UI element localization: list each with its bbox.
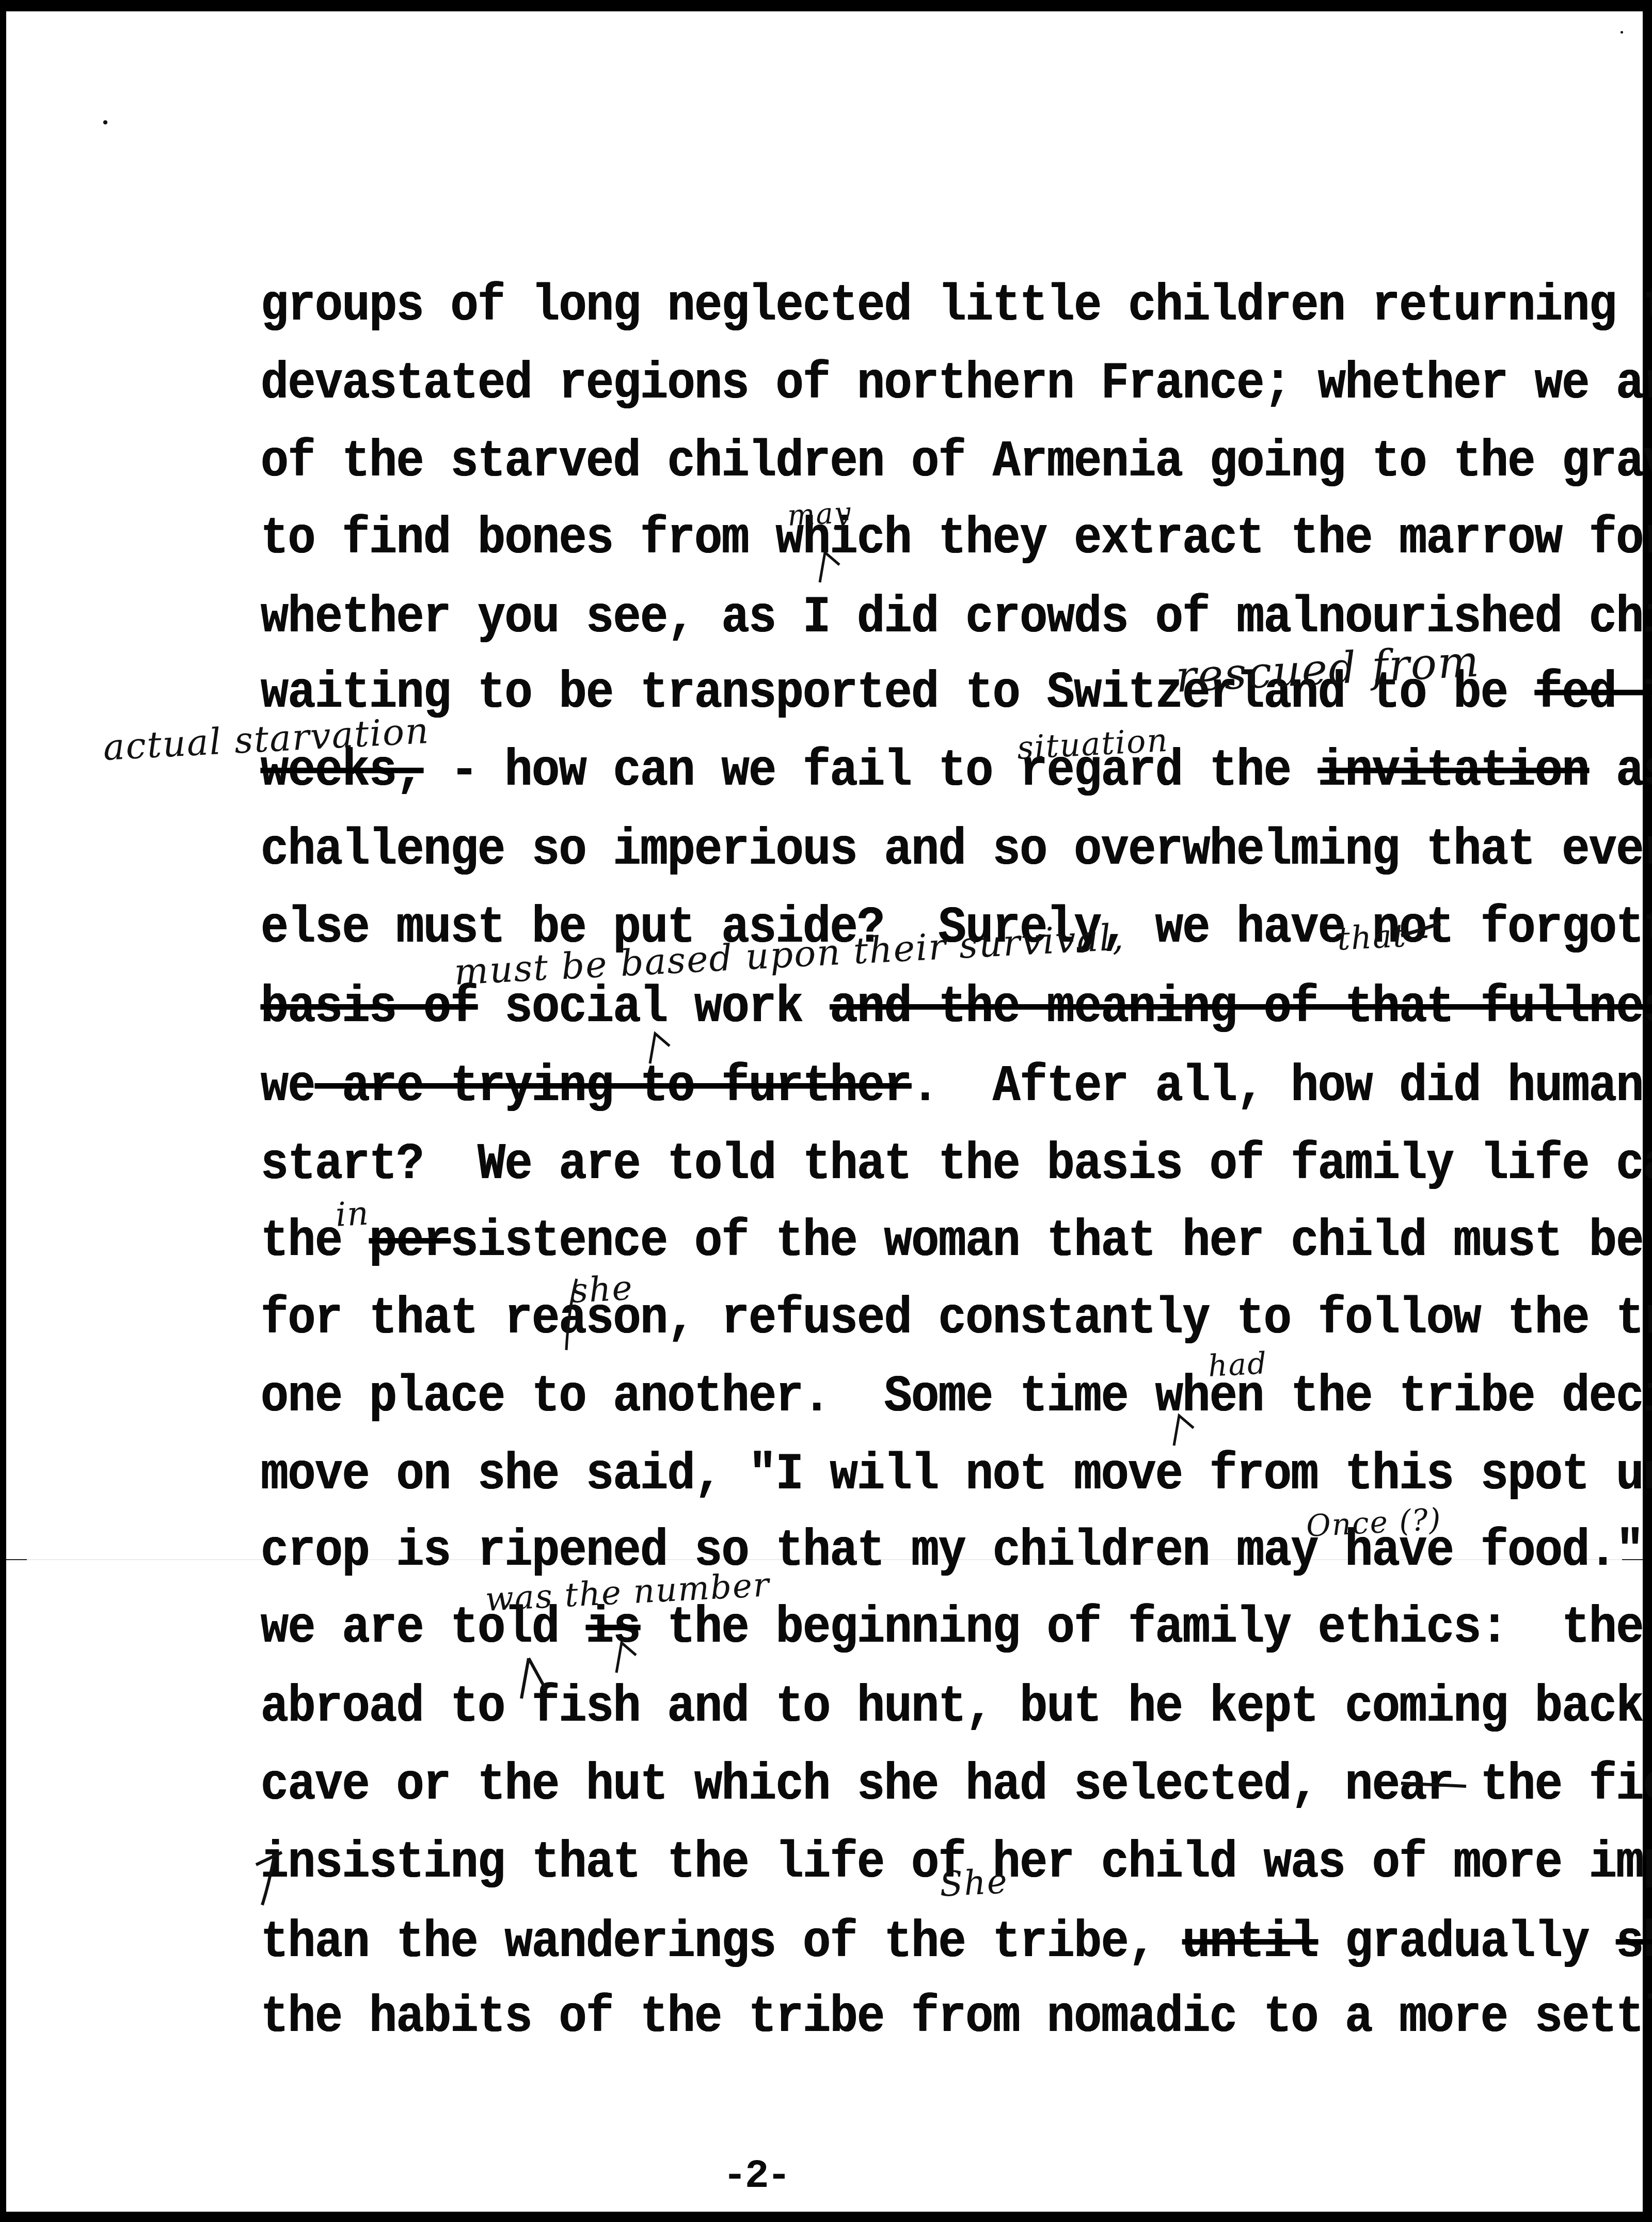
typed-text: as a <box>1589 742 1652 801</box>
typed-text: of the starved children of Armenia going… <box>261 433 1652 491</box>
typed-text: one place to another. Some time when the… <box>261 1368 1652 1426</box>
dash-mark-icon <box>1400 920 1441 941</box>
struck-text: invitation <box>1318 742 1589 801</box>
struck-text: per <box>369 1212 451 1271</box>
handwritten-note: Once (?) <box>1305 1501 1442 1544</box>
typed-text: sistence of the woman that her child mus… <box>451 1212 1652 1271</box>
typed-line: move on she said, "I will not move from … <box>261 1446 1652 1504</box>
typed-text: challenge so imperious and so overwhelmi… <box>261 821 1652 880</box>
typed-text: the habits of the tribe from nomadic to … <box>261 1988 1652 2047</box>
insertion-caret-icon <box>818 542 841 583</box>
handwritten-note: had <box>1207 1345 1268 1384</box>
typed-text: for that reason, refused constantly to f… <box>261 1290 1652 1348</box>
typed-text: start? We are told that the basis of fam… <box>261 1135 1652 1194</box>
typed-line: we are trying to further. After all, how… <box>261 1058 1652 1116</box>
scan-speck <box>103 120 107 124</box>
dash-mark-icon <box>1400 1777 1467 1792</box>
struck-text: basis of <box>261 978 478 1037</box>
typed-line: weeks, - how can we fail to regard the i… <box>261 742 1652 800</box>
typed-text: we <box>261 1057 315 1116</box>
typed-text: move on she said, "I will not move from … <box>261 1446 1652 1504</box>
struck-text: she <box>1616 1913 1652 1972</box>
struck-text: are trying to further <box>315 1057 911 1116</box>
struck-text: and the meaning of that fullness of life <box>830 978 1652 1037</box>
deletion-mark-icon <box>517 1653 548 1700</box>
struck-text: fed for two <box>1535 664 1652 723</box>
typed-line: crop is ripened so that my children may … <box>261 1522 1652 1580</box>
typed-text: devastated regions of northern France; w… <box>261 355 1652 414</box>
typed-text: abroad to fish and to hunt, but he kept … <box>261 1678 1652 1737</box>
typed-line: start? We are told that the basis of fam… <box>261 1136 1652 1194</box>
handwritten-note: in <box>335 1195 370 1234</box>
insertion-stroke-icon <box>561 1279 582 1351</box>
typed-text: the beginning of family ethics: the man … <box>640 1599 1652 1658</box>
insertion-caret-icon <box>614 1632 638 1674</box>
page-number: -2- <box>723 2154 789 2199</box>
typed-text: . After all, how did human ethics <box>911 1057 1652 1116</box>
typed-text: groups of long neglected little children… <box>261 277 1652 336</box>
typed-line: of the starved children of Armenia going… <box>261 433 1652 491</box>
typed-text: - how can we fail to regard the <box>423 742 1318 801</box>
document-page: groups of long neglected little children… <box>6 11 1643 2212</box>
typed-line: devastated regions of northern France; w… <box>261 355 1652 413</box>
typed-line: one place to another. Some time when the… <box>261 1368 1652 1426</box>
typed-text: than the wanderings of the tribe, <box>261 1913 1182 1972</box>
typed-line: challenge so imperious and so overwhelmi… <box>261 821 1652 879</box>
scan-speck <box>1621 31 1623 34</box>
typed-line: to find bones from which they extract th… <box>261 510 1652 568</box>
typed-text: to find bones from which they extract th… <box>261 510 1652 568</box>
typed-text: gradually <box>1318 1913 1616 1972</box>
typed-line: the habits of the tribe from nomadic to … <box>261 1989 1652 2046</box>
typed-line: groups of long neglected little children… <box>261 277 1652 335</box>
insertion-caret-icon <box>648 1023 672 1065</box>
typed-line: than the wanderings of the tribe, until … <box>261 1914 1652 1972</box>
handwritten-note: situation <box>1016 721 1169 767</box>
typed-line: abroad to fish and to hunt, but he kept … <box>261 1678 1652 1736</box>
struck-text: until <box>1182 1913 1318 1972</box>
capital-mark-icon <box>253 1849 284 1906</box>
typed-line: for that reason, refused constantly to f… <box>261 1290 1652 1348</box>
handwritten-note: may <box>787 496 852 533</box>
typed-line: the persistence of the woman that her ch… <box>261 1213 1652 1271</box>
typed-text: crop is ripened so that my children may … <box>261 1522 1652 1581</box>
insertion-caret-icon <box>1172 1405 1196 1447</box>
handwritten-note: She <box>939 1861 1009 1904</box>
typed-line: we are told is the beginning of family e… <box>261 1599 1652 1657</box>
